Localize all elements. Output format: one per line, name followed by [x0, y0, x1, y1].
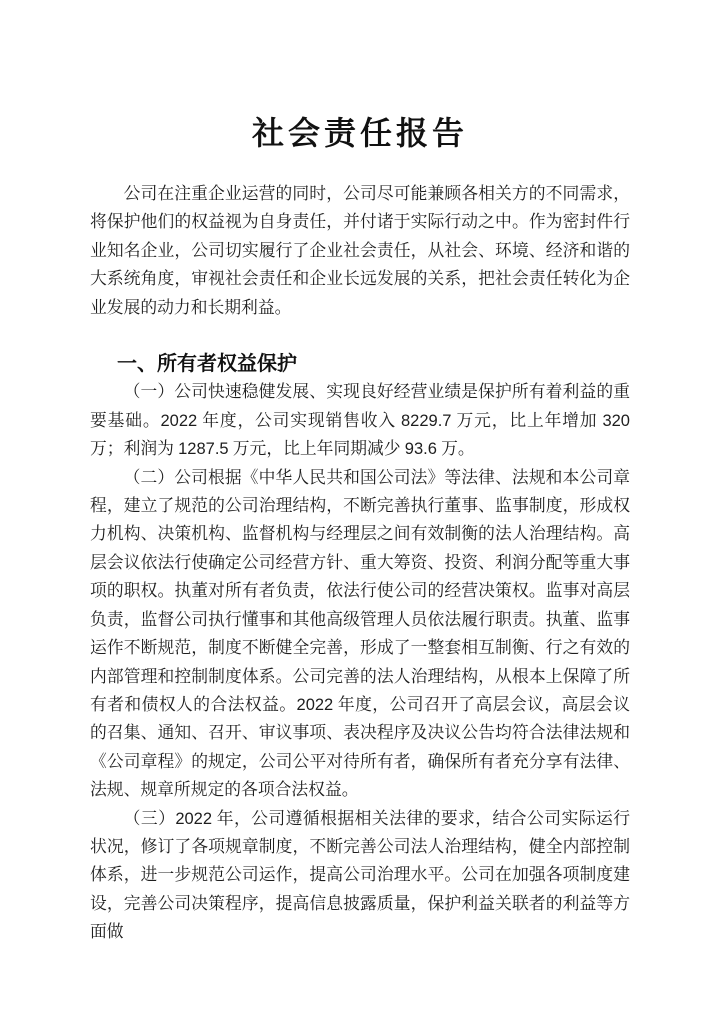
intro-paragraph: 公司在注重企业运营的同时，公司尽可能兼顾各相关方的不同需求，将保护他们的权益视为…: [90, 180, 630, 322]
numeric-value: 8229.7: [401, 412, 451, 430]
section-paragraph-1: （一）公司快速稳健发展、实现良好经营业绩是保护所有着利益的重要基础。2022 年…: [90, 378, 630, 463]
section-heading-owner-rights: 一、所有者权益保护: [90, 350, 630, 378]
numeric-value: 93.6: [405, 440, 437, 458]
section-paragraph-2: （二）公司根据《中华人民共和国公司法》等法律、法规和本公司章程，建立了规范的公司…: [90, 464, 630, 805]
document-title: 社会责任报告: [90, 112, 630, 154]
numeric-value: 1287.5: [178, 440, 228, 458]
document-page: 社会责任报告 公司在注重企业运营的同时，公司尽可能兼顾各相关方的不同需求，将保护…: [0, 0, 720, 1018]
section-paragraph-3: （三）2022 年，公司遵循根据相关法律的要求，结合公司实际运行状况，修订了各项…: [90, 805, 630, 947]
numeric-value: 2022: [160, 412, 197, 430]
numeric-value: 320: [602, 412, 630, 430]
numeric-value: 2022: [297, 696, 334, 714]
numeric-value: 2022: [175, 810, 212, 828]
